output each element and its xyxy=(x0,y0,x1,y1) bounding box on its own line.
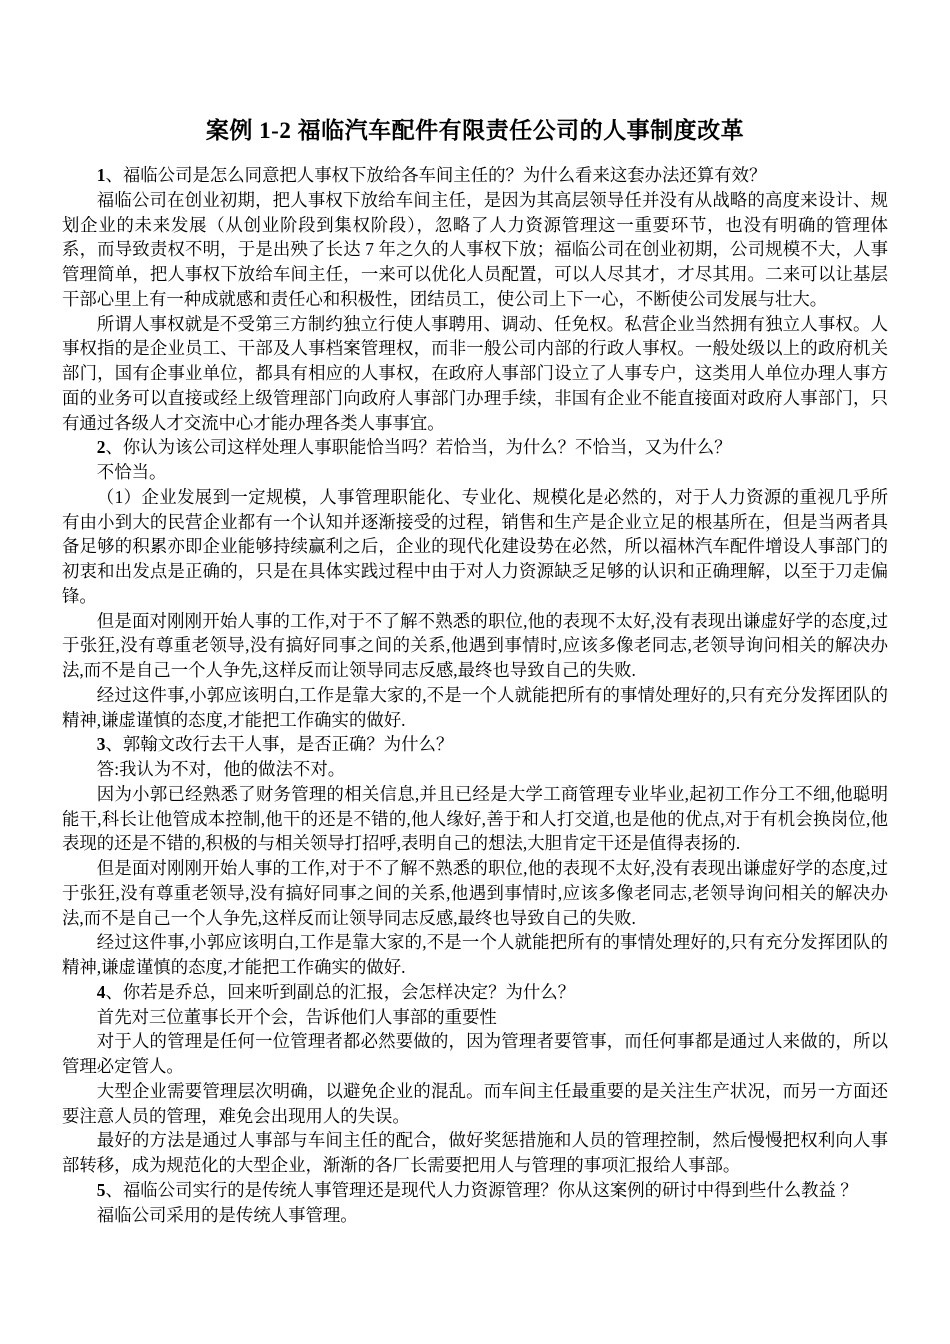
paragraph-question-4: 4、你若是乔总，回来听到副总的汇报，会怎样决定？为什么？ xyxy=(62,980,888,1005)
paragraph-answer-2d: 经过这件事,小郭应该明白,工作是靠大家的,不是一个人就能把所有的事情处理好的,只… xyxy=(62,683,888,733)
paragraph-question-2: 2、你认为该公司这样处理人事职能恰当吗？若恰当，为什么？不恰当，又为什么？ xyxy=(62,435,888,460)
paragraph-text: 福临公司采用的是传统人事管理。 xyxy=(97,1205,358,1225)
paragraph-text: 不恰当。 xyxy=(97,462,167,482)
paragraph-answer-2b: （1）企业发展到一定规模，人事管理职能化、专业化、规模化是必然的，对于人力资源的… xyxy=(62,485,888,609)
title-rest: 福临汽车配件有限责任公司的人事制度改革 xyxy=(291,118,744,143)
paragraph-question-1: 1、福临公司是怎么同意把人事权下放给各车间主任的？为什么看来这套办法还算有效？ xyxy=(62,163,888,188)
paragraph-text: 、你若是乔总，回来听到副总的汇报，会怎样决定？为什么？ xyxy=(106,982,576,1002)
paragraph-answer-5a: 福临公司采用的是传统人事管理。 xyxy=(62,1203,888,1228)
paragraph-text: 、你认为该公司这样处理人事职能恰当吗？若恰当，为什么？不恰当，又为什么？ xyxy=(106,437,732,457)
title-number: 1-2 xyxy=(259,118,291,143)
document-page: 案例 1-2 福临汽车配件有限责任公司的人事制度改革 1、福临公司是怎么同意把人… xyxy=(0,0,950,1344)
question-number: 3 xyxy=(97,734,106,754)
paragraph-text: 因为小郭已经熟悉了财务管理的相关信息,并且已经是大学工商管理专业毕业,起初工作分… xyxy=(62,784,888,854)
paragraph-text: 经过这件事,小郭应该明白,工作是靠大家的,不是一个人就能把所有的事情处理好的,只… xyxy=(62,685,888,730)
paragraph-question-3: 3、郭翰文改行去干人事，是否正确？为什么？ xyxy=(62,732,888,757)
question-number: 4 xyxy=(97,982,106,1002)
paragraph-text: 但是面对刚刚开始人事的工作,对于不了解不熟悉的职位,他的表现不太好,没有表现出谦… xyxy=(62,858,888,928)
paragraph-text: 对于人的管理是任何一位管理者都必然要做的，因为管理者要管事，而任何事都是通过人来… xyxy=(62,1031,888,1076)
paragraph-text: 首先对三位董事长开个会，告诉他们人事部的重要性 xyxy=(97,1007,497,1027)
paragraph-answer-4a: 首先对三位董事长开个会，告诉他们人事部的重要性 xyxy=(62,1005,888,1030)
paragraph-text: 所谓人事权就是不受第三方制约独立行使人事聘用、调动、任免权。私营企业当然拥有独立… xyxy=(62,314,888,433)
question-number: 5 xyxy=(97,1180,106,1200)
paragraph-text: 经过这件事,小郭应该明白,工作是靠大家的,不是一个人就能把所有的事情处理好的,只… xyxy=(62,932,888,977)
paragraph-text: 大型企业需要管理层次明确，以避免企业的混乱。而车间主任最重要的是关注生产状况，而… xyxy=(62,1081,888,1126)
paragraph-answer-2a: 不恰当。 xyxy=(62,460,888,485)
paragraph-answer-1b: 所谓人事权就是不受第三方制约独立行使人事聘用、调动、任免权。私营企业当然拥有独立… xyxy=(62,312,888,436)
document-content: 案例 1-2 福临汽车配件有限责任公司的人事制度改革 1、福临公司是怎么同意把人… xyxy=(62,116,888,1227)
paragraph-text: 答:我认为不对，他的做法不对。 xyxy=(97,759,345,779)
title-prefix: 案例 xyxy=(206,118,259,143)
paragraph-text: 福临公司在创业初期，把人事权下放给车间主任，是因为其高层领导任并没有从战略的高度… xyxy=(62,190,888,309)
document-title: 案例 1-2 福临汽车配件有限责任公司的人事制度改革 xyxy=(62,116,888,146)
paragraph-text: 最好的方法是通过人事部与车间主任的配合，做好奖惩措施和人员的管理控制，然后慢慢把… xyxy=(62,1130,888,1175)
paragraph-answer-1a: 福临公司在创业初期，把人事权下放给车间主任，是因为其高层领导任并没有从战略的高度… xyxy=(62,188,888,312)
paragraph-answer-4c: 大型企业需要管理层次明确，以避免企业的混乱。而车间主任最重要的是关注生产状况，而… xyxy=(62,1079,888,1129)
paragraph-answer-2c: 但是面对刚刚开始人事的工作,对于不了解不熟悉的职位,他的表现不太好,没有表现出谦… xyxy=(62,609,888,683)
paragraph-answer-3d: 经过这件事,小郭应该明白,工作是靠大家的,不是一个人就能把所有的事情处理好的,只… xyxy=(62,930,888,980)
paragraph-text: 但是面对刚刚开始人事的工作,对于不了解不熟悉的职位,他的表现不太好,没有表现出谦… xyxy=(62,611,888,681)
question-number: 1 xyxy=(97,165,106,185)
paragraph-answer-4b: 对于人的管理是任何一位管理者都必然要做的，因为管理者要管事，而任何事都是通过人来… xyxy=(62,1029,888,1079)
paragraph-text: 、福临公司实行的是传统人事管理还是现代人力资源管理？你从这案例的研讨中得到些什么… xyxy=(106,1180,858,1200)
paragraph-answer-4d: 最好的方法是通过人事部与车间主任的配合，做好奖惩措施和人员的管理控制，然后慢慢把… xyxy=(62,1128,888,1178)
paragraph-question-5: 5、福临公司实行的是传统人事管理还是现代人力资源管理？你从这案例的研讨中得到些什… xyxy=(62,1178,888,1203)
paragraph-text: （1）企业发展到一定规模，人事管理职能化、专业化、规模化是必然的，对于人力资源的… xyxy=(62,487,888,606)
paragraph-answer-3c: 但是面对刚刚开始人事的工作,对于不了解不熟悉的职位,他的表现不太好,没有表现出谦… xyxy=(62,856,888,930)
question-number: 2 xyxy=(97,437,106,457)
paragraph-text: 、福临公司是怎么同意把人事权下放给各车间主任的？为什么看来这套办法还算有效？ xyxy=(106,165,767,185)
paragraph-answer-3a: 答:我认为不对，他的做法不对。 xyxy=(62,757,888,782)
paragraph-text: 、郭翰文改行去干人事，是否正确？为什么？ xyxy=(106,734,454,754)
paragraph-answer-3b: 因为小郭已经熟悉了财务管理的相关信息,并且已经是大学工商管理专业毕业,起初工作分… xyxy=(62,782,888,856)
